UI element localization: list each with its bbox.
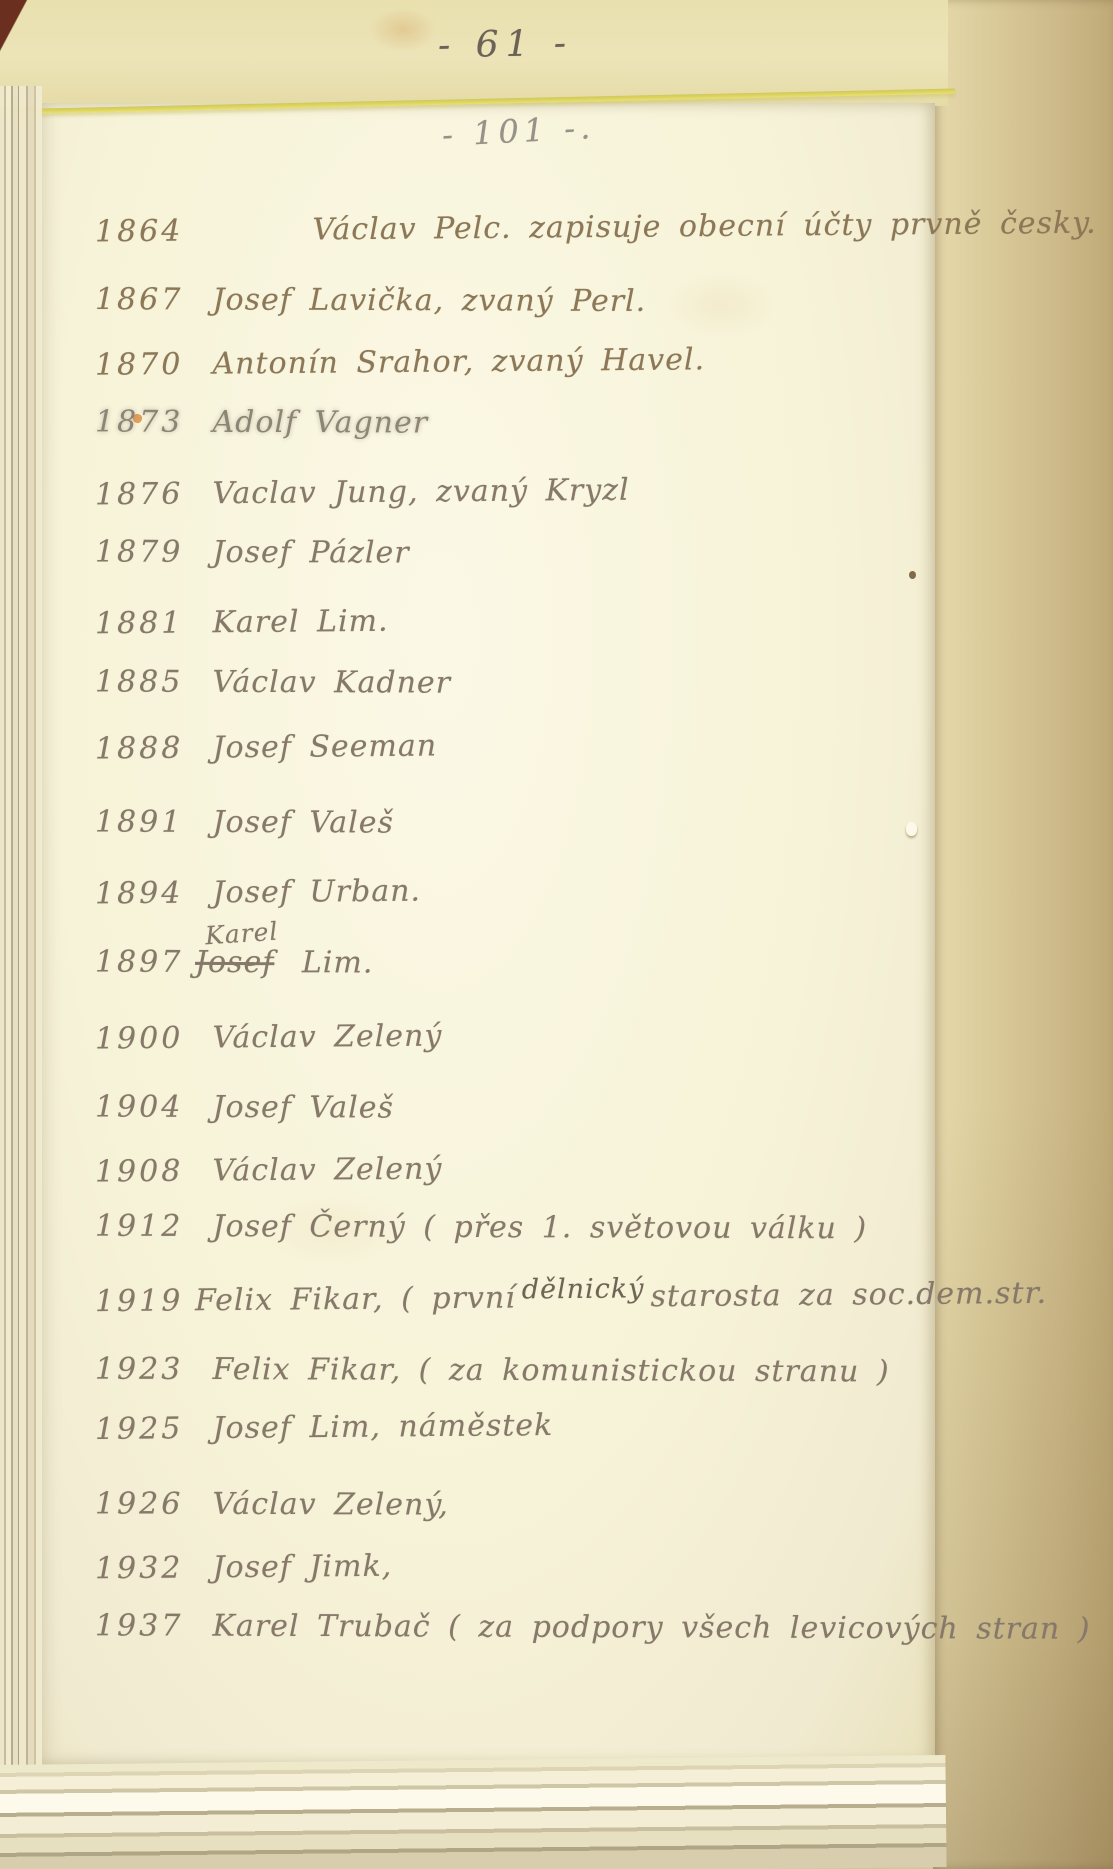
entry-year: 1867: [95, 282, 195, 317]
entry-1923: 1923 Felix Fikar, ( za komunistickou str…: [95, 1352, 890, 1390]
entry-text: Josef Černý ( přes 1. světovou válku ): [212, 1209, 867, 1246]
entry-text: Felix Fikar, ( za komunistickou stranu ): [212, 1352, 889, 1389]
entry-text: Josef Seeman: [212, 729, 437, 766]
entry-1894: 1894 Josef Urban.: [95, 874, 421, 912]
entry-year: 1873: [95, 404, 195, 439]
entry-1897: 1897KarelJosef Lim.: [95, 945, 374, 981]
entry-1873: 1873 Adolf Vagner: [95, 404, 428, 440]
entry-year: 1900: [95, 1021, 195, 1057]
paper-stain: [368, 8, 438, 52]
entry-text: Felix Fikar, ( první: [195, 1280, 516, 1318]
entry-year: 1897: [95, 945, 195, 980]
entry-year: 1919: [95, 1283, 195, 1319]
stacked-page-edges-left: [0, 86, 42, 1869]
entry-year: 1885: [95, 664, 195, 699]
entry-text: Antonín Srahor, zvaný Havel.: [212, 342, 705, 381]
entry-text: Václav Zelený,: [212, 1487, 448, 1523]
entry-year: 1888: [95, 731, 195, 767]
entry-year: 1904: [95, 1089, 195, 1124]
entry-1908: 1908 Václav Zelený: [95, 1151, 443, 1189]
entry-text: Adolf Vagner: [212, 405, 428, 441]
entry-1876: 1876 Vaclav Jung, zvaný Kryzl: [95, 473, 630, 513]
entry-text: Václav Pelc. zapisuje obecní účty prvně …: [312, 206, 1096, 248]
entry-text: starosta za soc.dem.str.: [650, 1276, 1047, 1314]
entry-year: 1932: [95, 1550, 195, 1586]
entry-text: Vaclav Jung, zvaný Kryzl: [212, 473, 629, 512]
entry-1879: 1879 Josef Pázler: [95, 534, 410, 570]
inserted-word: dělnický: [522, 1273, 645, 1305]
entry-1926: 1926 Václav Zelený,: [95, 1486, 449, 1522]
entry-year: 1908: [95, 1154, 195, 1190]
entry-year: 1870: [95, 347, 195, 383]
entry-text: Josef Pázler: [212, 535, 409, 571]
entry-year: 1891: [95, 804, 195, 839]
entry-text: Josef Lim, náměstek: [212, 1408, 553, 1446]
entry-year: 1876: [95, 476, 195, 512]
entry-year: 1923: [95, 1352, 195, 1387]
page-number: - 101 -.: [441, 108, 596, 154]
entry-year: 1926: [95, 1486, 195, 1521]
inserted-name: Karel: [204, 917, 279, 951]
entry-year: 1881: [95, 605, 195, 641]
entry-1925: 1925 Josef Lim, náměstek: [95, 1408, 554, 1447]
entry-1870: 1870 Antonín Srahor, zvaný Havel.: [95, 342, 705, 382]
entry-1932: 1932 Josef Jimk,: [95, 1549, 393, 1587]
entry-1891: 1891 Josef Valeš: [95, 804, 394, 840]
binding-corner: [0, 0, 30, 74]
entry-text: Václav Zelený: [212, 1018, 442, 1055]
entry-year: 1937: [95, 1608, 195, 1643]
entry-1912: 1912 Josef Černý ( přes 1. světovou válk…: [95, 1209, 867, 1247]
entry-text: Lim.: [302, 945, 374, 980]
corrected-name: KarelJosef: [195, 945, 274, 980]
entry-text: Josef Lavička, zvaný Perl.: [212, 282, 646, 319]
entry-1885: 1885 Václav Kadner: [95, 664, 451, 700]
entry-year: 1879: [95, 534, 195, 569]
entry-year: 1894: [95, 876, 195, 912]
entry-text: Josef Valeš: [212, 805, 394, 841]
entry-1937: 1937 Karel Trubač ( za podpory všech lev…: [95, 1608, 1091, 1646]
foxing-spot: [660, 270, 780, 340]
entry-text: Karel Lim.: [212, 604, 388, 641]
book-margin-shadow: [933, 1100, 1113, 1869]
entry-text: Josef Valeš: [212, 1090, 394, 1126]
entry-year: 1912: [95, 1209, 195, 1244]
paper-speck: [909, 571, 916, 579]
entry-1900: 1900 Václav Zelený: [95, 1018, 443, 1056]
paper-chip: [906, 822, 917, 836]
entry-1904: 1904 Josef Valeš: [95, 1089, 394, 1125]
entry-text: Josef Urban.: [212, 874, 421, 911]
entry-1888: 1888 Josef Seeman: [95, 729, 437, 767]
entry-1867: 1867 Josef Lavička, zvaný Perl.: [95, 282, 646, 319]
entry-year: 1925: [95, 1411, 195, 1447]
entry-1881: 1881 Karel Lim.: [95, 604, 389, 642]
outer-page-number: - 61 -: [438, 23, 574, 66]
entry-text: Karel Trubač ( za podpory všech levicový…: [212, 1609, 1090, 1647]
entry-text: Václav Zelený: [212, 1151, 442, 1188]
scanned-chronicle-page: - 61 - - 101 -. 1864 Václav Pelc. zapisu…: [0, 0, 1113, 1869]
entry-text: Václav Kadner: [212, 665, 451, 701]
entry-year: 1864: [95, 213, 195, 249]
entry-text: Josef Jimk,: [212, 1549, 392, 1586]
stacked-page-edges-bottom: [0, 1755, 947, 1869]
